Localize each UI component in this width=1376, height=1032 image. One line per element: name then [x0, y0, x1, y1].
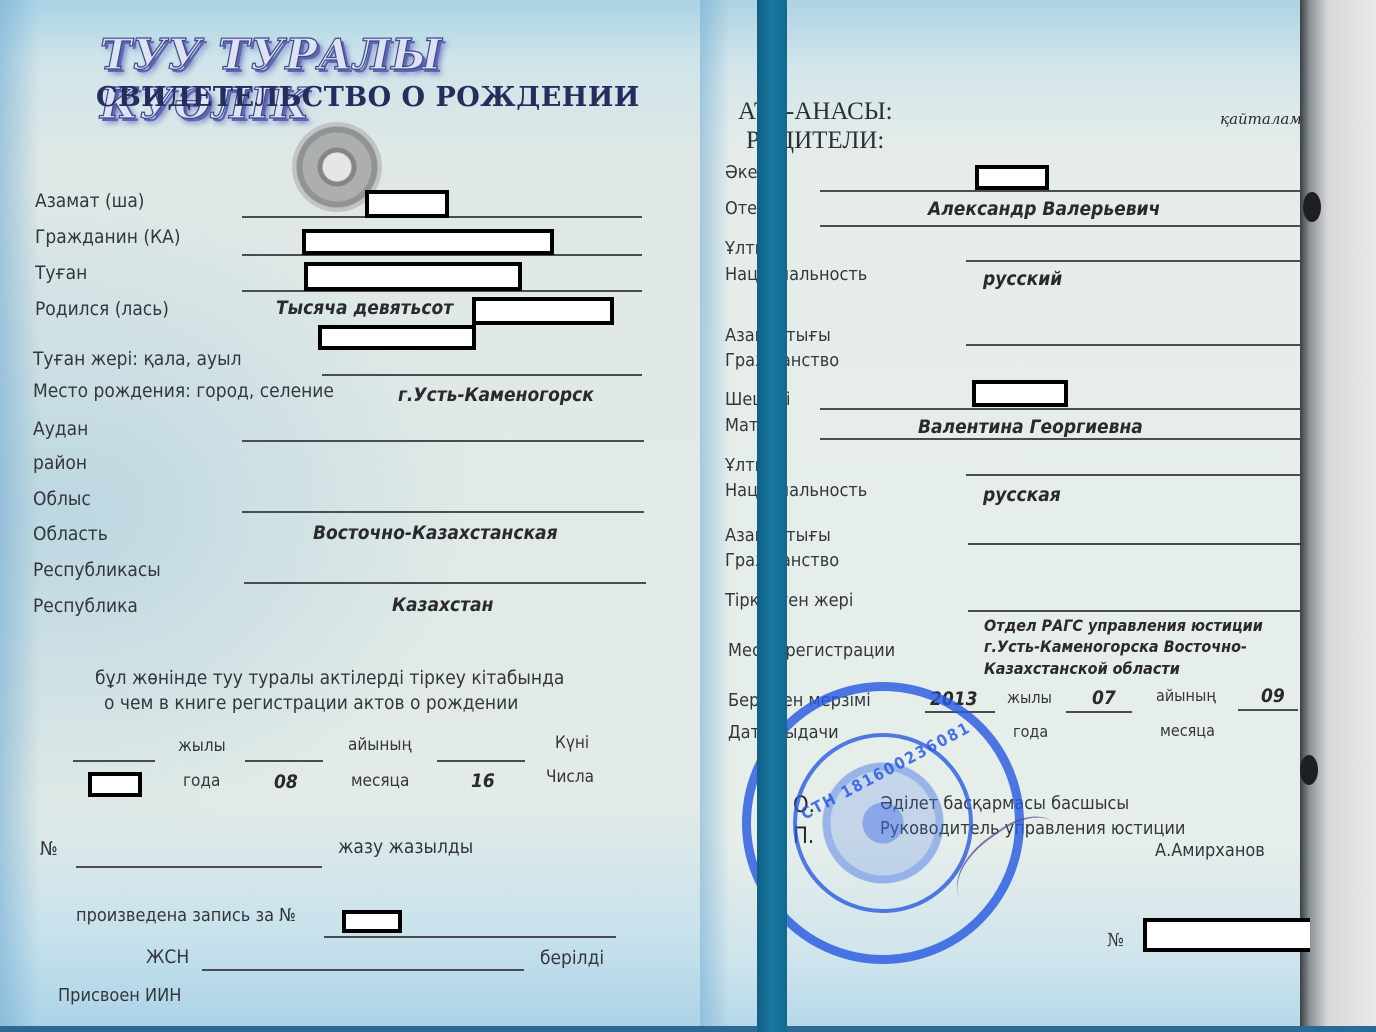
redacted-father-surname — [975, 165, 1049, 190]
father-nationality: русский — [983, 268, 1062, 290]
field-line — [966, 344, 1300, 346]
redacted-year-suffix — [472, 297, 614, 325]
redacted-serial-number — [1143, 918, 1310, 952]
father-nationality-label-ru: Национальность — [725, 264, 867, 285]
field-line — [820, 408, 1300, 410]
field-line — [820, 190, 1300, 192]
field-line — [1066, 711, 1132, 713]
label-citizen: Гражданин (КА) — [35, 226, 181, 248]
field-line — [244, 582, 646, 584]
field-line — [820, 438, 1300, 440]
iin-suffix-kz: берілді — [540, 947, 604, 969]
label-tugan: Туған — [35, 262, 87, 284]
redacted-year-line2 — [318, 325, 476, 350]
record-text-ru: произведена запись за № — [76, 905, 296, 926]
label-year-ru: года — [183, 771, 220, 791]
field-line — [1238, 709, 1298, 711]
binding-hole-icon — [1303, 192, 1321, 222]
value-born-year: Тысяча девятьсот — [276, 297, 453, 319]
value-day: 16 — [471, 770, 495, 792]
field-line — [245, 760, 323, 762]
issue-month: 07 — [1092, 687, 1116, 709]
redacted-mother-surname — [972, 380, 1068, 407]
label-azamat: Азамат (ша) — [35, 190, 144, 212]
iin-label-ru: Присвоен ИИН — [58, 985, 181, 1006]
photo-bottom-edge — [0, 1026, 1376, 1032]
field-line — [437, 760, 525, 762]
binding-hole-icon — [1300, 755, 1318, 785]
record-no-label: № — [40, 838, 58, 860]
field-line — [76, 866, 322, 868]
father-name: Александр Валерьевич — [928, 198, 1160, 220]
redacted-reg-year — [88, 772, 142, 797]
redacted-surname — [365, 190, 449, 218]
label-day-kz: Күні — [555, 733, 589, 753]
field-line — [966, 260, 1300, 262]
issue-month-label-ru: месяца — [1160, 721, 1215, 740]
label-month-kz: айының — [348, 735, 412, 755]
mother-nationality: русская — [983, 484, 1061, 506]
field-line — [820, 225, 1300, 227]
iin-label-kz: ЖСН — [146, 946, 189, 968]
field-line — [322, 374, 642, 376]
label-born: Родился (лась) — [35, 298, 169, 320]
registration-place-label-ru: Место регистрации — [728, 640, 895, 661]
label-respublikasy: Республикасы — [33, 559, 161, 581]
field-line — [968, 610, 1300, 612]
registration-text-ru: о чем в книге регистрации актов о рожден… — [104, 692, 518, 714]
title-kazakh: ТУУ ТУРАЛЫ КУӘЛІК — [100, 30, 590, 80]
official-name: А.Амирханов — [1155, 840, 1265, 861]
issue-year-label-ru: года — [1013, 722, 1048, 741]
serial-label: № — [1107, 930, 1124, 951]
mother-name: Валентина Георгиевна — [918, 416, 1143, 438]
redacted-name — [302, 229, 554, 255]
value-month: 08 — [274, 771, 298, 793]
label-rayon: район — [33, 452, 87, 474]
field-line — [966, 474, 1300, 476]
label-day-ru: Числа — [546, 767, 594, 787]
field-line — [242, 511, 644, 513]
registration-text-kz: бұл жөнінде туу туралы актілерді тіркеу … — [95, 667, 564, 689]
registration-place-line-1: Отдел РАГС управления юстиции — [984, 616, 1263, 635]
left-page: ТУУ ТУРАЛЫ КУӘЛІК СВИДЕТЕЛЬСТВО О РОЖДЕН… — [0, 0, 700, 1028]
label-oblast: Область — [33, 523, 108, 545]
value-birthplace: г.Усть-Каменогорск — [398, 384, 594, 406]
redacted-birthdate — [304, 262, 522, 291]
record-text-kz: жазу жазылды — [338, 836, 473, 858]
label-year-kz: жылы — [178, 736, 226, 756]
title-russian: СВИДЕТЕЛЬСТВО О РОЖДЕНИИ — [96, 82, 640, 113]
label-birthplace-ru: Место рождения: город, селение — [33, 380, 334, 402]
issue-year-label-kz: жылы — [1007, 688, 1052, 707]
issue-month-label-kz: айының — [1156, 686, 1216, 705]
page-edge-shadow — [1300, 0, 1376, 1032]
label-birthplace-kz: Туған жері: қала, ауыл — [33, 348, 242, 370]
value-respublika: Казахстан — [392, 594, 493, 616]
label-month-ru: месяца — [351, 771, 409, 791]
bookmark-ribbon — [757, 0, 787, 1032]
value-oblast: Восточно-Казахстанская — [313, 522, 558, 544]
duplicate-mark: қайталама — [1220, 110, 1310, 128]
field-line — [324, 936, 616, 938]
registration-place-line-2: г.Усть-Каменогорска Восточно- — [984, 637, 1247, 656]
registration-place-line-3: Казахстанской области — [984, 659, 1180, 678]
redacted-record-number — [342, 910, 402, 933]
issue-day: 09 — [1261, 685, 1285, 707]
registration-place-label-kz: Тіркелген жері — [725, 590, 853, 611]
field-line — [73, 760, 155, 762]
label-respublika: Республика — [33, 595, 138, 617]
field-line — [242, 440, 644, 442]
field-line — [968, 543, 1300, 545]
field-line — [202, 969, 524, 971]
mother-nationality-label-ru: Национальность — [725, 480, 867, 501]
label-audan: Аудан — [33, 418, 88, 440]
label-oblys: Облыс — [33, 488, 91, 510]
